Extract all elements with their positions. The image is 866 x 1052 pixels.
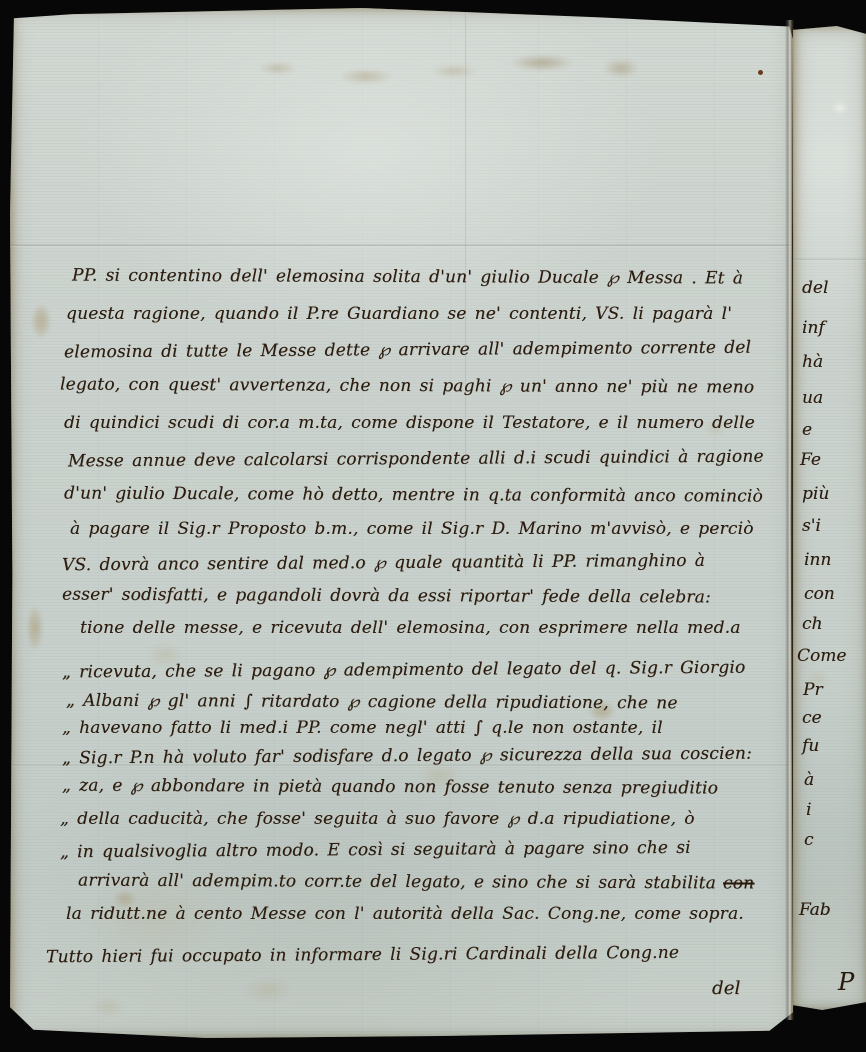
handwritten-line: di quindici scudi di cor.a m.ta, come di… xyxy=(64,415,755,432)
handwritten-line: PP. si contentino dell' elemosina solita… xyxy=(72,268,743,288)
handwritten-line: à pagare il Sig.r Proposto b.m., come il… xyxy=(70,521,754,538)
handwritten-line: „ Albani ℘ gl' anni ∫ ritardato ℘ cagion… xyxy=(66,693,678,713)
handwritten-line: „ havevano fatto li med.i PP. come negl'… xyxy=(62,720,663,737)
photograph-background: PP. si contentino dell' elemosina solita… xyxy=(0,0,866,1052)
paper-stain xyxy=(827,98,853,118)
cutoff-text-fragment: à xyxy=(804,770,814,790)
handwritten-line: Messe annue deve calcolarsi corrisponden… xyxy=(68,449,764,471)
cutoff-text-fragment: fu xyxy=(802,736,819,756)
cutoff-text-fragment: Fab xyxy=(799,900,831,920)
handwritten-line: „ ricevuta, che se li pagano ℘ adempimen… xyxy=(62,660,746,682)
handwritten-line: „ in qualsivoglia altro modo. E così si … xyxy=(60,840,691,861)
page-seam xyxy=(785,20,794,1020)
cutoff-text-fragment: ua xyxy=(802,388,823,408)
paper-stain xyxy=(85,993,131,1021)
cutoff-text-fragment: ch xyxy=(802,614,822,634)
handwritten-line: legato, con quest' avvertenza, che non s… xyxy=(60,376,754,396)
handwritten-line: tione delle messe, e ricevuta dell' elem… xyxy=(80,620,741,637)
handwritten-line: „ della caducità, che fosse' seguita à s… xyxy=(60,811,695,828)
cutoff-text-fragment: Fe xyxy=(800,450,821,470)
paper-stain xyxy=(24,598,46,658)
struck-out-word: con xyxy=(723,873,754,893)
paper-stain xyxy=(28,298,54,344)
cutoff-text-fragment: i xyxy=(806,800,811,820)
handwritten-line: questa ragione, quando il P.re Guardiano… xyxy=(66,306,732,323)
cutoff-text-fragment: ce xyxy=(802,708,822,728)
handwritten-line: VS. dovrà anco sentire dal med.o ℘ quale… xyxy=(62,553,705,574)
cutoff-text-fragment: c xyxy=(804,830,814,850)
handwritten-line: Tutto hieri fui occupato in informare li… xyxy=(46,945,679,966)
handwritten-line: „ za, e ℘ abbondare in pietà quando non … xyxy=(62,778,718,798)
fold-crease xyxy=(793,258,866,261)
handwritten-line: elemosina di tutte le Messe dette ℘ arri… xyxy=(64,340,751,362)
cutoff-text-fragment: Come xyxy=(797,646,846,666)
handwritten-line: esser' sodisfatti, e pagandoli dovrà da … xyxy=(62,587,711,607)
cutoff-text-fragment: P xyxy=(838,968,854,996)
handwritten-line-text: arrivarà all' adempim.to corr.te del leg… xyxy=(78,871,716,894)
paper-stain xyxy=(235,973,301,1007)
cutoff-text-fragment: hà xyxy=(802,352,823,372)
cutoff-text-fragment: inn xyxy=(804,550,831,570)
cutoff-text-fragment: del xyxy=(802,278,828,298)
cutoff-text-fragment: con xyxy=(804,584,835,604)
handwritten-line: arrivarà all' adempim.to corr.te del leg… xyxy=(78,873,754,893)
cutoff-text-fragment: s'i xyxy=(802,516,821,536)
cutoff-text-fragment: e xyxy=(802,420,812,440)
fold-crease xyxy=(10,244,793,247)
cutoff-text-fragment: inf xyxy=(802,318,825,338)
cutoff-text-fragment: più xyxy=(802,484,829,504)
catchword: del xyxy=(712,980,741,998)
handwritten-line: la ridutt.ne à cento Messe con l' autori… xyxy=(66,906,744,923)
ink-bleedthrough xyxy=(225,38,665,93)
handwritten-line: „ Sig.r P.n hà voluto far' sodisfare d.o… xyxy=(62,746,752,768)
cutoff-text-fragment: Pr xyxy=(803,680,823,700)
handwritten-line: d'un' giulio Ducale, come hò detto, ment… xyxy=(64,485,763,505)
ink-spot xyxy=(758,70,763,75)
